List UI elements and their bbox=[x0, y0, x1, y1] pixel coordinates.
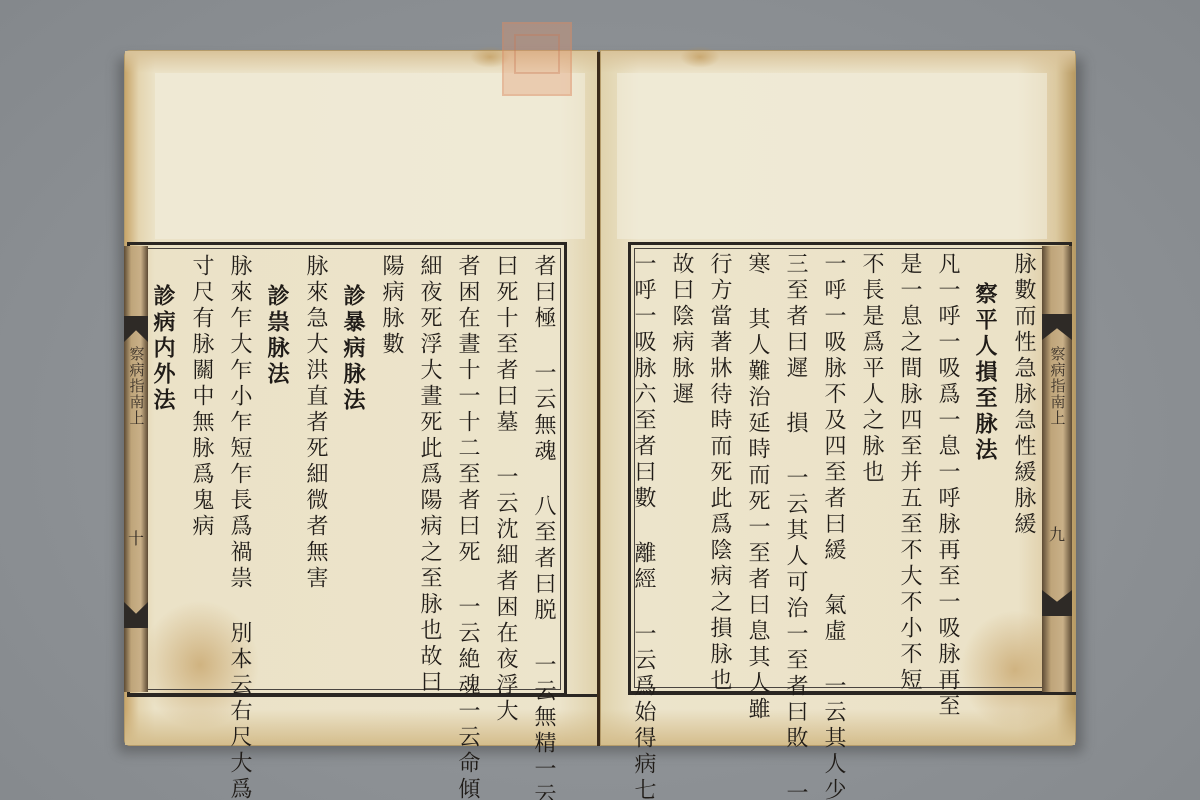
collector-seal-stamp bbox=[502, 22, 572, 96]
text-column: 陽病脉數 bbox=[378, 254, 408, 694]
fishtail-mark-icon bbox=[1042, 590, 1072, 616]
text-column: 一呼一吸脉六至者曰數 離經 一云爲始得病七至 bbox=[630, 252, 660, 692]
fold-page-number: 十 bbox=[124, 526, 148, 549]
book-spine-gutter bbox=[597, 52, 600, 746]
left-fold-strip: 察病指南上 十 bbox=[124, 246, 148, 692]
text-column: 者曰極 一云無魂 八至者曰脱 一云無精一云無魂 九至者 bbox=[530, 254, 560, 694]
bottom-rule-left bbox=[127, 694, 597, 697]
section-heading: 診病内外法 bbox=[150, 254, 180, 694]
text-column: 脉來急大洪直者死細微者無害 bbox=[302, 254, 332, 694]
fold-page-number: 九 bbox=[1042, 522, 1072, 545]
text-column: 細夜死浮大晝死此爲陽病之至脉也故曰 bbox=[416, 254, 446, 694]
text-column: 脉來乍大乍小乍短乍長爲禍祟 別本云右尺大爲祟脉 bbox=[226, 254, 256, 694]
fold-title: 察病指南上 bbox=[1042, 346, 1072, 466]
text-column: 寸尺有脉關中無脉爲鬼病 bbox=[188, 254, 218, 694]
section-heading: 察平人損至脉法 bbox=[972, 252, 1002, 692]
text-column: 是一息之間脉四至并五至不大不小不短 bbox=[896, 252, 926, 692]
water-stain bbox=[680, 46, 720, 68]
fishtail-mark-icon bbox=[124, 602, 148, 628]
text-column: 脉數而性急脉急性緩脉緩 bbox=[1010, 252, 1040, 692]
upper-margin bbox=[617, 73, 1047, 239]
left-page-text: 者曰極 一云無魂 八至者曰脱 一云無精一云無魂 九至者 曰死十至者曰墓 一云沈細… bbox=[150, 254, 560, 694]
section-heading: 診祟脉法 bbox=[264, 254, 294, 694]
section-heading: 診暴病脉法 bbox=[340, 254, 370, 694]
text-column: 凡一呼一吸爲一息一呼脉再至一吸脉再至 bbox=[934, 252, 964, 692]
upper-margin bbox=[155, 73, 585, 239]
right-fold-strip: 察病指南上 九 bbox=[1042, 246, 1072, 692]
right-page-text: 脉數而性急脉急性緩脉緩 察平人損至脉法 凡一呼一吸爲一息一呼脉再至一吸脉再至 是… bbox=[640, 252, 1040, 692]
text-column: 一呼一吸脉不及四至者曰緩 氣虛 一云其人少氣 bbox=[820, 252, 850, 692]
bottom-rule-right bbox=[628, 692, 1076, 695]
seal-inner-border bbox=[514, 34, 560, 74]
text-column: 行方當著牀待時而死此爲陰病之損脉也 bbox=[706, 252, 736, 692]
fold-title: 察病指南上 bbox=[124, 346, 148, 456]
text-column: 故曰陰病脉遲 bbox=[668, 252, 698, 692]
text-column: 曰死十至者曰墓 一云沈細者困在夜浮大 bbox=[492, 254, 522, 694]
text-column: 不長是爲平人之脉也 bbox=[858, 252, 888, 692]
text-column: 者困在晝十一十二至者曰死 一云絶魂一云命傾 沈 bbox=[454, 254, 484, 694]
page-top-edge bbox=[601, 51, 1075, 73]
text-column: 寒 其人難治延時而死一至者曰息其人雖 bbox=[744, 252, 774, 692]
text-column: 三至者曰遲 損 一云其人可治一至者曰敗 一云 bbox=[782, 252, 812, 692]
fishtail-mark-icon bbox=[124, 316, 148, 342]
fishtail-mark-icon bbox=[1042, 314, 1072, 340]
